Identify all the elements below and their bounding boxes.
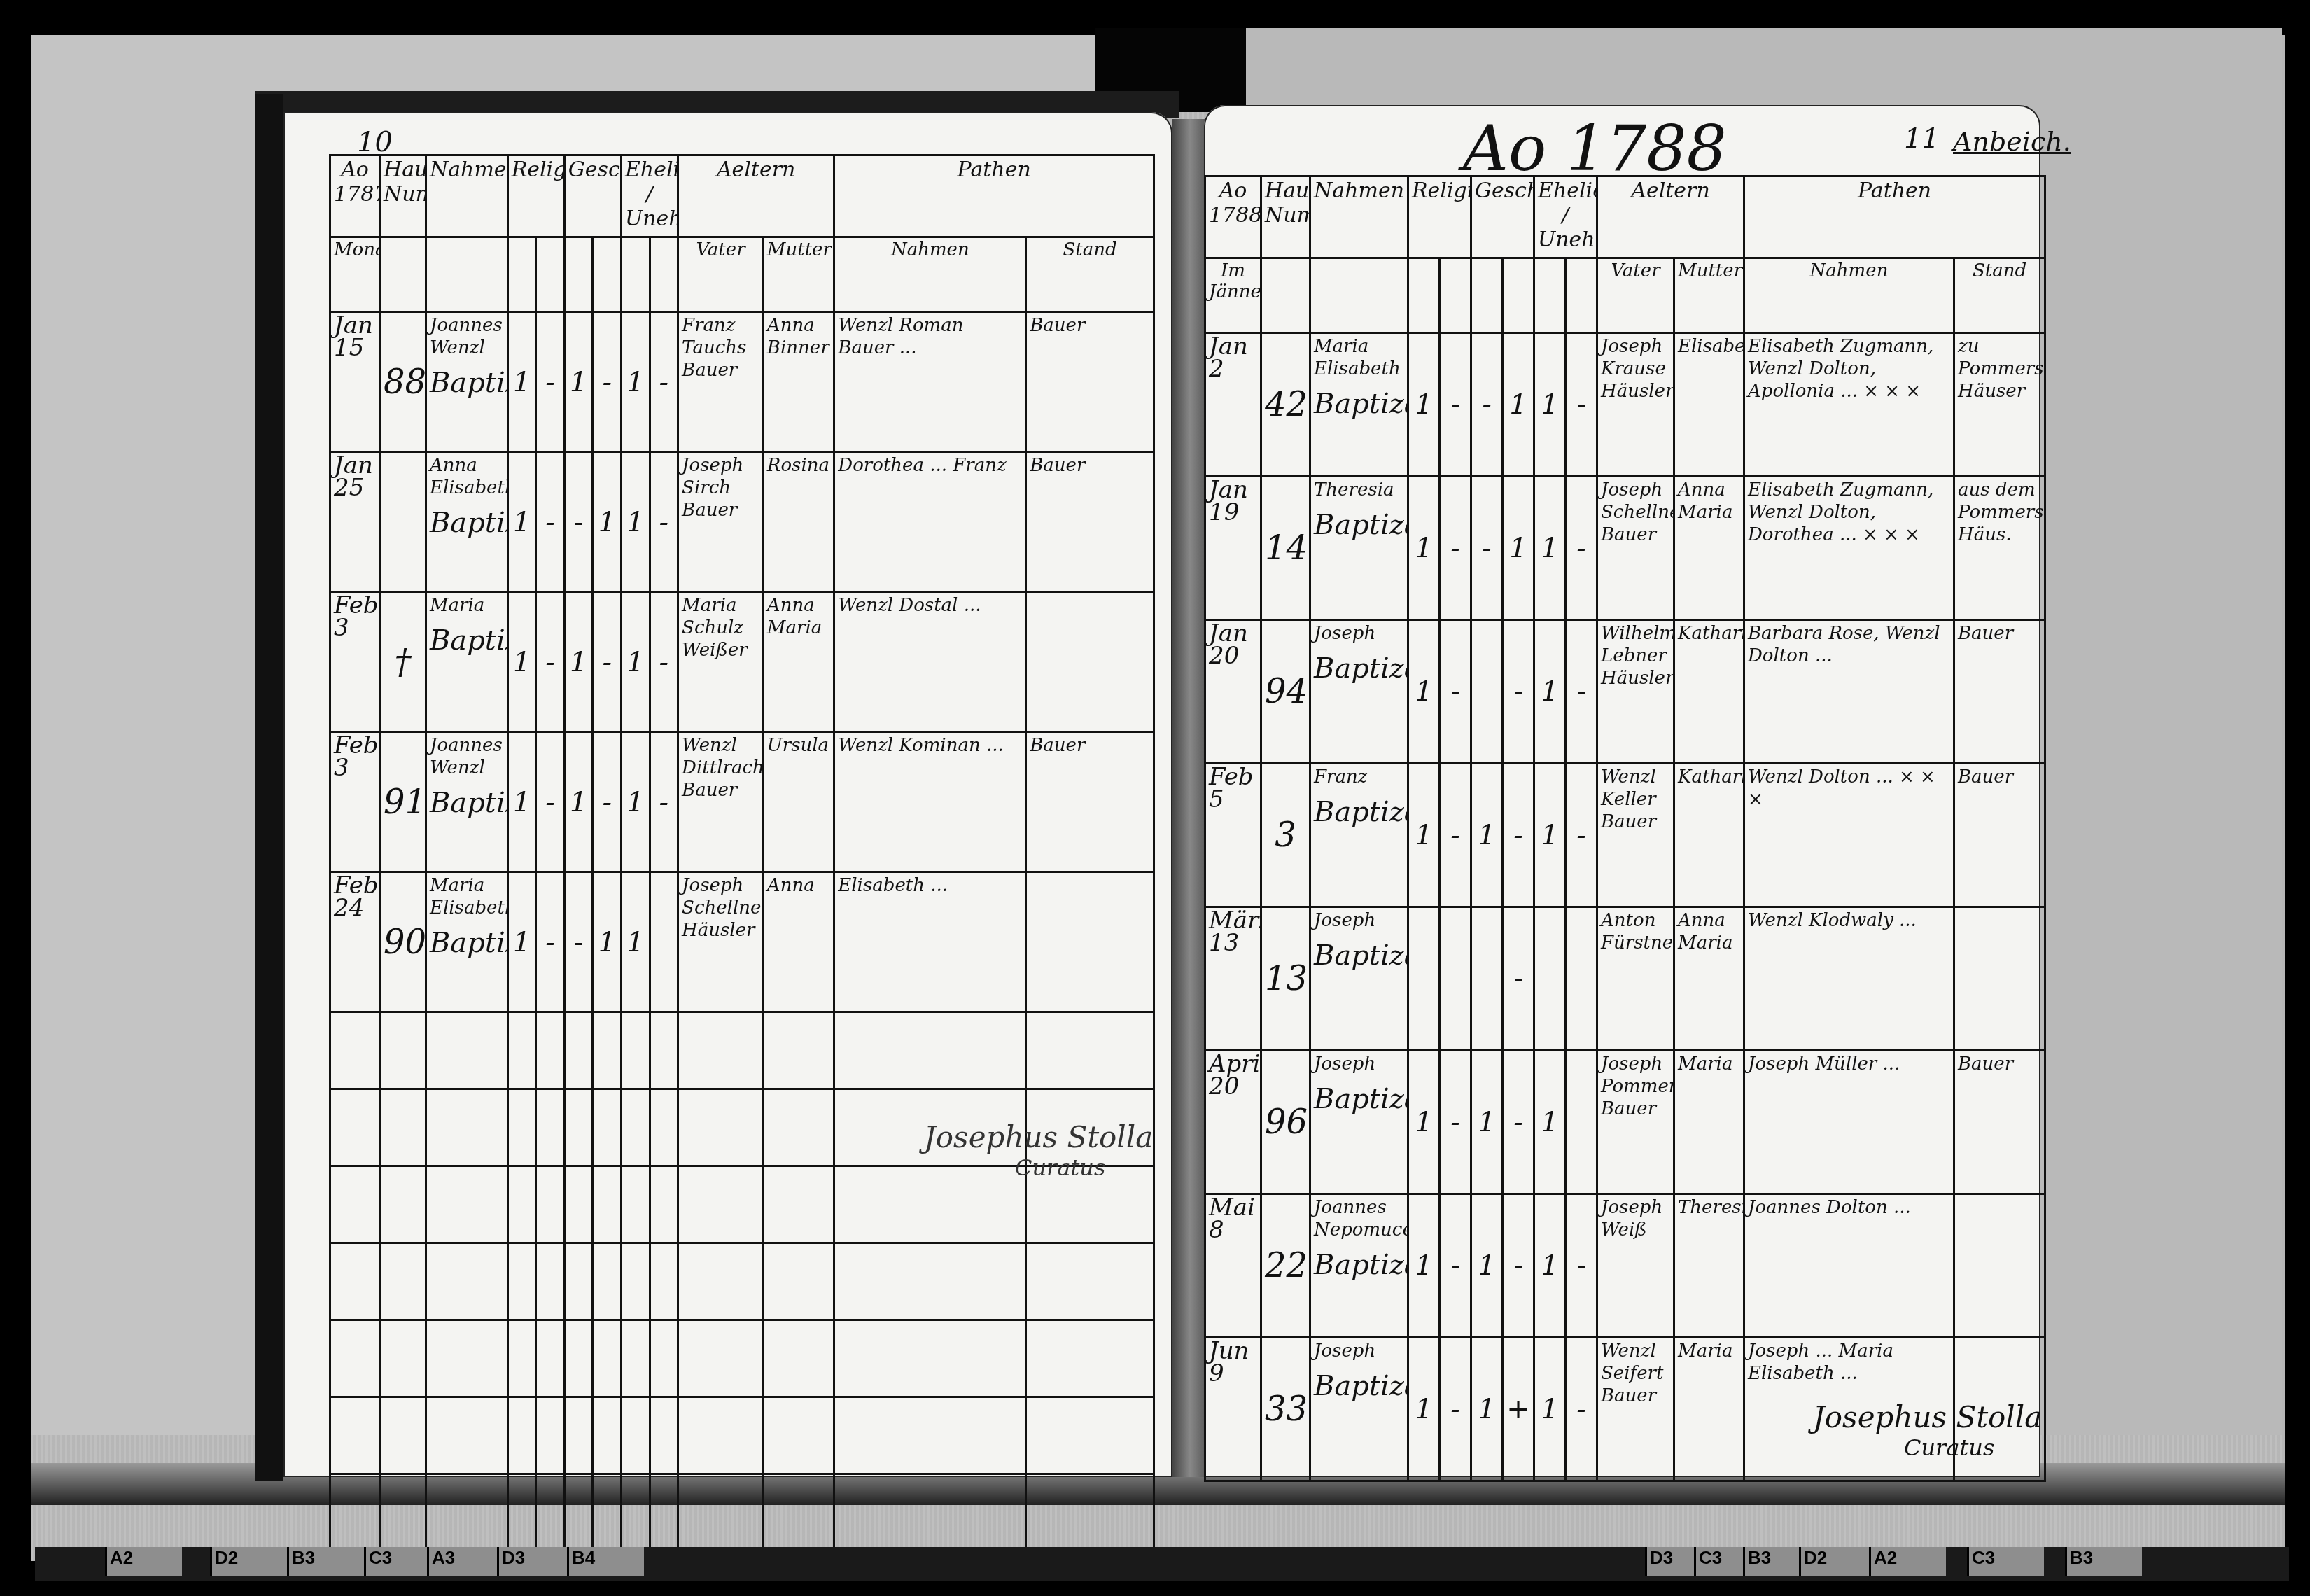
tally-mark: 1 xyxy=(507,452,536,592)
empty-cell xyxy=(621,1243,650,1320)
godparents: Wenzl Roman Bauer ... xyxy=(834,312,1026,452)
tally-mark: 1 xyxy=(1534,620,1566,764)
col-godparents: Pathen xyxy=(834,155,1154,237)
tally-mark: - xyxy=(1440,333,1471,477)
empty-cell xyxy=(678,1166,764,1243)
baptized-by: Baptizavit P. Laurentius Lang xyxy=(430,792,504,814)
empty-cell xyxy=(536,1320,565,1397)
empty-cell xyxy=(678,1243,764,1320)
tally-mark: - xyxy=(1440,764,1471,907)
col-mother: Mutter xyxy=(1674,258,1744,333)
mother: Anna xyxy=(763,872,834,1012)
godparent-status: Bauer xyxy=(1026,452,1154,592)
empty-cell xyxy=(678,1474,764,1551)
entry-date: Jan 15 xyxy=(330,312,380,452)
baptized-by: Baptizavit R. D. Josephus Stolla xyxy=(1314,1254,1404,1276)
ruler-segment: A2 xyxy=(105,1547,182,1576)
child-name: JosephBaptizavit R. D. Josephus Stolla xyxy=(1310,907,1408,1051)
col-month: Monat xyxy=(330,237,380,312)
empty-cell xyxy=(426,1474,507,1551)
tally-mark: 1 xyxy=(1471,1338,1503,1481)
tally-mark: - xyxy=(564,452,593,592)
empty-cell xyxy=(507,1320,536,1397)
tally-mark: 1 xyxy=(621,592,650,732)
empty-cell xyxy=(650,1012,678,1089)
col-name: Nahmen xyxy=(1310,176,1408,258)
empty-cell xyxy=(426,1166,507,1243)
empty-cell xyxy=(564,1320,593,1397)
godparent-status xyxy=(1954,907,2045,1051)
col-father: Vater xyxy=(678,237,764,312)
table-row: Jan 1588Joannes WenzlBaptizavit P. Laure… xyxy=(330,312,1154,452)
empty-cell xyxy=(330,1089,380,1166)
col-legit: Ehelich / Unehelich xyxy=(1534,176,1597,258)
tally-mark: - xyxy=(1503,907,1534,1051)
empty-cell xyxy=(330,1397,380,1474)
godparents: Wenzl Dolton ... × × × xyxy=(1744,764,1954,907)
entry-date: Jan 20 xyxy=(1205,620,1261,764)
godparent-status: aus dem Pommers Häus. xyxy=(1954,477,2045,620)
godparents: Dorothea ... Franz xyxy=(834,452,1026,592)
right-page-top-note: Anbeich. xyxy=(1953,126,2071,157)
tally-mark: 1 xyxy=(507,872,536,1012)
house-number: 91 xyxy=(380,732,426,872)
empty-cell xyxy=(330,1166,380,1243)
tally-mark: 1 xyxy=(1471,1194,1503,1338)
table-row: Feb 53FranzBaptizavit P. Laurentius Lang… xyxy=(1205,764,2045,907)
entry-date: März 13 xyxy=(1205,907,1261,1051)
empty-cell xyxy=(621,1012,650,1089)
col-father: Vater xyxy=(1597,258,1674,333)
empty-cell xyxy=(678,1089,764,1166)
godparents: Joseph Müller ... xyxy=(1744,1051,1954,1194)
empty-cell xyxy=(621,1397,650,1474)
godparent-status: zu Pommers Häuser xyxy=(1954,333,2045,477)
tally-mark: 1 xyxy=(1408,620,1440,764)
mother: Rosina xyxy=(763,452,834,592)
father: Joseph Weiß xyxy=(1597,1194,1674,1338)
entry-date: Jan 19 xyxy=(1205,477,1261,620)
tally-mark: 1 xyxy=(621,452,650,592)
empty-cell xyxy=(564,1243,593,1320)
tally-mark: 1 xyxy=(1408,477,1440,620)
empty-cell xyxy=(426,1320,507,1397)
tally-mark: 1 xyxy=(1471,1051,1503,1194)
tally-mark: + xyxy=(1503,1338,1534,1481)
ruler-segment: B4 xyxy=(567,1547,644,1576)
right-signature: Josephus Stolla Curatus xyxy=(1813,1400,2042,1461)
tally-mark: - xyxy=(593,592,622,732)
godparent-status xyxy=(1026,872,1154,1012)
baptized-by: Baptizavit P. Laurentius Lang xyxy=(1314,393,1404,415)
tally-mark xyxy=(1534,907,1566,1051)
mother: Anna Binner xyxy=(763,312,834,452)
tally-mark: - xyxy=(536,732,565,872)
table-row: Jan 25Anna ElisabethBaptizavit P. Lauren… xyxy=(330,452,1154,592)
baptized-by: Baptizavit P. Laurentius Lang xyxy=(1314,1088,1404,1110)
table-row: Feb 3†MariaBaptizavit R. D. Josephus Sto… xyxy=(330,592,1154,732)
baptized-by: Baptizavit P. Laurentius Lang xyxy=(1314,801,1404,823)
book-gutter xyxy=(1172,119,1207,1477)
col-house: Haus Num. xyxy=(1261,176,1310,258)
empty-cell xyxy=(426,1012,507,1089)
empty-cell xyxy=(834,1474,1026,1551)
baptized-by: Baptizavit P. Laurentius Lang xyxy=(1314,514,1404,536)
ruler-segment: B3 xyxy=(287,1547,364,1576)
tally-mark: 1 xyxy=(1534,477,1566,620)
house-number: 22 xyxy=(1261,1194,1310,1338)
col-godparent-name: Nahmen xyxy=(834,237,1026,312)
baptized-by: Baptizavit P. Laurentius Lang xyxy=(430,932,504,954)
empty-cell xyxy=(593,1474,622,1551)
tally-mark: 1 xyxy=(1471,764,1503,907)
godparent-status xyxy=(1954,1194,2045,1338)
col-godparents: Pathen xyxy=(1744,176,2045,258)
ruler-segment: D3 xyxy=(497,1547,574,1576)
child-name: Maria ElisabethBaptizavit P. Laurentius … xyxy=(1310,333,1408,477)
child-name: Maria ElisabethBaptizavit P. Laurentius … xyxy=(426,872,507,1012)
right-ledger-table: Ao 1788 Haus Num. Nahmen Religion Geschl… xyxy=(1204,175,2046,1482)
tally-mark: - xyxy=(1471,477,1503,620)
ruler-segment: A3 xyxy=(427,1547,504,1576)
empty-cell xyxy=(536,1474,565,1551)
tally-mark: 1 xyxy=(564,732,593,872)
table-row: Feb 391Joannes WenzlBaptizavit P. Lauren… xyxy=(330,732,1154,872)
empty-row xyxy=(330,1243,1154,1320)
empty-cell xyxy=(536,1243,565,1320)
father: Maria Schulz Weißer xyxy=(678,592,764,732)
godparents: Elisabeth Zugmann, Wenzl Dolton, Apollon… xyxy=(1744,333,1954,477)
col-parents: Aeltern xyxy=(678,155,834,237)
empty-cell xyxy=(507,1166,536,1243)
tally-mark: 1 xyxy=(1534,1051,1566,1194)
house-number: 13 xyxy=(1261,907,1310,1051)
table-row: März 1313JosephBaptizavit R. D. Josephus… xyxy=(1205,907,2045,1051)
tally-mark: 1 xyxy=(1503,333,1534,477)
godparent-status xyxy=(1026,592,1154,732)
child-name: Joannes NepomucenusBaptizavit R. D. Jose… xyxy=(1310,1194,1408,1338)
col-religion: Religion xyxy=(507,155,564,237)
tally-mark: 1 xyxy=(507,312,536,452)
child-name: FranzBaptizavit P. Laurentius Lang xyxy=(1310,764,1408,907)
tally-mark: - xyxy=(650,312,678,452)
empty-cell xyxy=(536,1089,565,1166)
tally-mark: - xyxy=(1440,1194,1471,1338)
mother: Anna Maria xyxy=(1674,907,1744,1051)
mother: Anna Maria xyxy=(763,592,834,732)
col-parents: Aeltern xyxy=(1597,176,1744,258)
godparents: Wenzl Dostal ... xyxy=(834,592,1026,732)
tally-mark: - xyxy=(1503,620,1534,764)
child-name: MariaBaptizavit R. D. Josephus Stolla xyxy=(426,592,507,732)
empty-cell xyxy=(1026,1243,1154,1320)
godparent-status: Bauer xyxy=(1954,620,2045,764)
tally-mark: - xyxy=(1440,1338,1471,1481)
empty-cell xyxy=(1026,1012,1154,1089)
empty-cell xyxy=(834,1320,1026,1397)
tally-mark xyxy=(1471,620,1503,764)
tally-mark: - xyxy=(1566,1194,1597,1338)
mother: Katharina xyxy=(1674,764,1744,907)
empty-cell xyxy=(763,1243,834,1320)
color-calibration-ruler: A2D2B3C3A3D3B4D3C3B3D2A2C3B3 xyxy=(35,1547,2289,1581)
empty-cell xyxy=(330,1243,380,1320)
tally-mark: 1 xyxy=(564,592,593,732)
empty-cell xyxy=(621,1320,650,1397)
empty-cell xyxy=(621,1089,650,1166)
left-ledger-table: Ao 1787 Haus Nummer Nahmen Religion Gesc… xyxy=(329,154,1155,1552)
empty-cell xyxy=(380,1397,426,1474)
godparents: Elisabeth Zugmann, Wenzl Dolton, Dorothe… xyxy=(1744,477,1954,620)
signature-name: Josephus Stolla xyxy=(924,1120,1153,1154)
signature-title: Curatus xyxy=(1015,1154,1153,1181)
father: Wilhelm Lebner Häusler xyxy=(1597,620,1674,764)
empty-row xyxy=(330,1474,1154,1551)
house-number xyxy=(380,452,426,592)
tally-mark: - xyxy=(1503,1051,1534,1194)
empty-cell xyxy=(536,1397,565,1474)
tally-mark: 1 xyxy=(507,592,536,732)
empty-cell xyxy=(507,1012,536,1089)
child-name: Anna ElisabethBaptizavit P. Laurentius L… xyxy=(426,452,507,592)
empty-cell xyxy=(650,1166,678,1243)
empty-cell xyxy=(426,1397,507,1474)
empty-cell xyxy=(564,1012,593,1089)
tally-mark: - xyxy=(593,732,622,872)
tally-mark: 1 xyxy=(1534,1338,1566,1481)
tally-mark: 1 xyxy=(621,732,650,872)
tally-mark: - xyxy=(1566,477,1597,620)
entry-date: Mai 8 xyxy=(1205,1194,1261,1338)
empty-cell xyxy=(507,1474,536,1551)
child-name: JosephBaptizavit P. Laurentius Lang xyxy=(1310,620,1408,764)
book-cover-edge xyxy=(255,94,283,1480)
empty-cell xyxy=(834,1243,1026,1320)
empty-cell xyxy=(536,1012,565,1089)
mother: Katharina xyxy=(1674,620,1744,764)
father: Wenzl Dittlrach Bauer xyxy=(678,732,764,872)
empty-cell xyxy=(650,1397,678,1474)
empty-cell xyxy=(593,1166,622,1243)
table-row: Jan 2094JosephBaptizavit P. Laurentius L… xyxy=(1205,620,2045,764)
tally-mark: - xyxy=(1566,333,1597,477)
ruler-segment: A2 xyxy=(1869,1547,1946,1576)
father: Franz Tauchs Bauer xyxy=(678,312,764,452)
col-year: Ao 1788 xyxy=(1205,176,1261,258)
tally-mark: 1 xyxy=(621,312,650,452)
empty-cell xyxy=(621,1474,650,1551)
mother: Maria xyxy=(1674,1338,1744,1481)
empty-cell xyxy=(507,1089,536,1166)
child-name: JosephBaptizavit P. Laurentius Lang xyxy=(1310,1338,1408,1481)
tally-mark: 1 xyxy=(1534,1194,1566,1338)
table-row: April 2096JosephBaptizavit P. Laurentius… xyxy=(1205,1051,2045,1194)
tally-mark: - xyxy=(1471,333,1503,477)
empty-cell xyxy=(380,1320,426,1397)
tally-mark: - xyxy=(1440,620,1471,764)
tally-mark xyxy=(1566,907,1597,1051)
entry-date: Feb 3 xyxy=(330,592,380,732)
empty-cell xyxy=(763,1166,834,1243)
col-sex: Geschlecht xyxy=(1471,176,1534,258)
baptized-by: Baptizavit R. D. Josephus Stolla xyxy=(430,629,504,652)
house-number: 96 xyxy=(1261,1051,1310,1194)
ruler-segment: C3 xyxy=(1967,1547,2044,1576)
baptized-by: Baptizavit P. Laurentius Lang xyxy=(430,512,504,534)
entry-date: April 20 xyxy=(1205,1051,1261,1194)
table-row: Feb 2490Maria ElisabethBaptizavit P. Lau… xyxy=(330,872,1154,1012)
tally-mark: - xyxy=(1566,1338,1597,1481)
mother: Maria xyxy=(1674,1051,1744,1194)
tally-mark xyxy=(1408,907,1440,1051)
col-house: Haus Nummer xyxy=(380,155,426,237)
empty-cell xyxy=(678,1397,764,1474)
entry-date: Feb 24 xyxy=(330,872,380,1012)
empty-row xyxy=(330,1012,1154,1089)
tally-mark: 1 xyxy=(1408,1194,1440,1338)
col-month: Im Jänner xyxy=(1205,258,1261,333)
empty-cell xyxy=(536,1166,565,1243)
empty-cell xyxy=(564,1089,593,1166)
empty-cell xyxy=(593,1320,622,1397)
mother: Ursula xyxy=(763,732,834,872)
col-religion: Religion xyxy=(1408,176,1471,258)
left-signature: Josephus Stolla Curatus xyxy=(924,1120,1153,1181)
child-name: JosephBaptizavit P. Laurentius Lang xyxy=(1310,1051,1408,1194)
tally-mark xyxy=(650,872,678,1012)
col-godparent-status: Stand xyxy=(1954,258,2045,333)
father: Joseph Schellner Bauer xyxy=(1597,477,1674,620)
father: Joseph Schellner Häusler xyxy=(678,872,764,1012)
godparents: Elisabeth ... xyxy=(834,872,1026,1012)
empty-cell xyxy=(426,1243,507,1320)
father: Wenzl Keller Bauer xyxy=(1597,764,1674,907)
mother: Anna Maria xyxy=(1674,477,1744,620)
tally-mark xyxy=(1440,907,1471,1051)
empty-cell xyxy=(330,1012,380,1089)
house-number: 14 xyxy=(1261,477,1310,620)
godparents: Wenzl Klodwaly ... xyxy=(1744,907,1954,1051)
signature-name: Josephus Stolla xyxy=(1813,1400,2042,1434)
mother: Theresia xyxy=(1674,1194,1744,1338)
tally-mark xyxy=(1566,1051,1597,1194)
col-name: Nahmen xyxy=(426,155,507,237)
ruler-segment: D2 xyxy=(1799,1547,1876,1576)
tally-mark: 1 xyxy=(1408,333,1440,477)
house-number: 88 xyxy=(380,312,426,452)
col-sex: Geschlecht xyxy=(564,155,621,237)
entry-date: Feb 5 xyxy=(1205,764,1261,907)
tally-mark: - xyxy=(536,312,565,452)
father: Joseph Krause Häusler xyxy=(1597,333,1674,477)
father: Wenzl Seifert Bauer xyxy=(1597,1338,1674,1481)
tally-mark: - xyxy=(1566,620,1597,764)
table-row: Jan 1914TheresiaBaptizavit P. Laurentius… xyxy=(1205,477,2045,620)
mother: Elisabeth xyxy=(1674,333,1744,477)
entry-date: Jan 25 xyxy=(330,452,380,592)
tally-mark: - xyxy=(1503,764,1534,907)
tally-mark: - xyxy=(1503,1194,1534,1338)
house-number: 90 xyxy=(380,872,426,1012)
empty-cell xyxy=(678,1320,764,1397)
tally-mark: 1 xyxy=(1503,477,1534,620)
empty-cell xyxy=(763,1012,834,1089)
tally-mark: - xyxy=(650,732,678,872)
ruler-segment: D2 xyxy=(210,1547,287,1576)
empty-cell xyxy=(1026,1474,1154,1551)
child-name: Joannes WenzlBaptizavit P. Laurentius La… xyxy=(426,732,507,872)
col-godparent-status: Stand xyxy=(1026,237,1154,312)
empty-cell xyxy=(834,1397,1026,1474)
tally-mark xyxy=(1471,907,1503,1051)
godparent-status: Bauer xyxy=(1954,764,2045,907)
godparent-status: Bauer xyxy=(1026,732,1154,872)
baptized-by: Baptizavit P. Laurentius Lang xyxy=(430,372,504,394)
empty-cell xyxy=(564,1166,593,1243)
tally-mark: - xyxy=(1440,477,1471,620)
tally-mark: 1 xyxy=(1534,764,1566,907)
empty-cell xyxy=(763,1089,834,1166)
house-number: † xyxy=(380,592,426,732)
col-legit: Ehelich / Unehelich xyxy=(621,155,678,237)
godparent-status: Bauer xyxy=(1954,1051,2045,1194)
empty-cell xyxy=(330,1474,380,1551)
tally-mark: 1 xyxy=(1534,333,1566,477)
empty-cell xyxy=(763,1320,834,1397)
tally-mark: - xyxy=(536,592,565,732)
empty-cell xyxy=(650,1474,678,1551)
tally-mark: - xyxy=(1440,1051,1471,1194)
signature-title: Curatus xyxy=(1904,1434,2042,1461)
empty-cell xyxy=(380,1166,426,1243)
child-name: TheresiaBaptizavit P. Laurentius Lang xyxy=(1310,477,1408,620)
baptized-by: Baptizavit P. Laurentius Lang xyxy=(1314,657,1404,680)
col-year: Ao 1787 xyxy=(330,155,380,237)
godparents: Wenzl Kominan ... xyxy=(834,732,1026,872)
empty-cell xyxy=(834,1012,1026,1089)
empty-cell xyxy=(380,1243,426,1320)
col-mother: Mutter xyxy=(763,237,834,312)
entry-date: Jan 2 xyxy=(1205,333,1261,477)
empty-cell xyxy=(593,1012,622,1089)
tally-mark: - xyxy=(650,592,678,732)
empty-cell xyxy=(380,1474,426,1551)
tally-mark: - xyxy=(536,452,565,592)
tally-mark: - xyxy=(536,872,565,1012)
empty-cell xyxy=(564,1474,593,1551)
empty-cell xyxy=(1026,1320,1154,1397)
table-row: Mai 822Joannes NepomucenusBaptizavit R. … xyxy=(1205,1194,2045,1338)
tally-mark: - xyxy=(593,312,622,452)
house-number: 3 xyxy=(1261,764,1310,907)
ruler-segment: B3 xyxy=(2065,1547,2142,1576)
empty-cell xyxy=(763,1397,834,1474)
empty-cell xyxy=(507,1243,536,1320)
empty-cell xyxy=(650,1320,678,1397)
baptized-by: Baptizavit P. Laurentius Lang xyxy=(1314,1375,1404,1397)
empty-cell xyxy=(650,1089,678,1166)
house-number: 42 xyxy=(1261,333,1310,477)
table-row: Jan 242Maria ElisabethBaptizavit P. Laur… xyxy=(1205,333,2045,477)
godparents: Joannes Dolton ... xyxy=(1744,1194,1954,1338)
tally-mark: 1 xyxy=(1408,1051,1440,1194)
empty-cell xyxy=(564,1397,593,1474)
empty-cell xyxy=(650,1243,678,1320)
col-godparent-name: Nahmen xyxy=(1744,258,1954,333)
tally-mark: 1 xyxy=(1408,764,1440,907)
empty-cell xyxy=(678,1012,764,1089)
empty-cell xyxy=(1026,1397,1154,1474)
